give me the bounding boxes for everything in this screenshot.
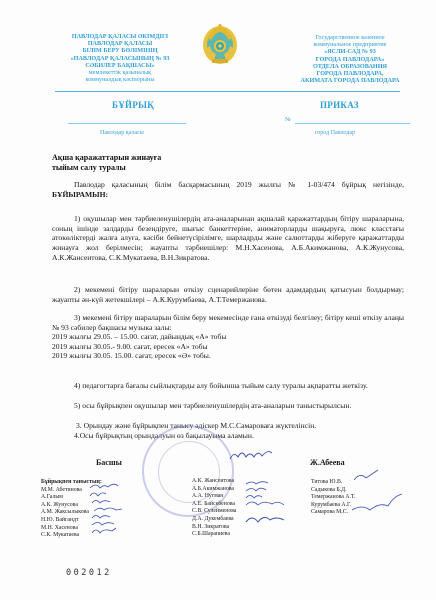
header-kz-line: коммуналдық кәсіпорыны — [55, 76, 185, 83]
header-ru-line: коммунальное предприятие — [285, 41, 415, 48]
signer-role: Басшы — [96, 458, 122, 467]
acquainted-name: С.В. Сулейменова — [192, 508, 237, 516]
acquainted-name: В.Н. Зикратова — [192, 524, 237, 532]
header-kz-line: мемлекеттік қазыналық — [55, 69, 185, 76]
item-2: 2) мекемені бітіру шараларын өткізу сцен… — [52, 285, 404, 304]
staff-signatures-b — [244, 478, 290, 530]
intro-text: Павлодар қаласының білім басқармасының 2… — [74, 180, 404, 189]
intro-paragraph: Павлодар қаласының білім басқармасының 2… — [52, 180, 404, 199]
item-6: 3. Орындау және бұйрықпен танысу әдіскер… — [52, 421, 404, 431]
header-ru-line: Государственное казенное — [285, 34, 415, 41]
serial-number: 002012 — [66, 568, 112, 578]
item-4: 4) педагогтарға бағалы сыйлықтарды алу б… — [52, 381, 404, 391]
item-7: 4.Осы бұйрықтың орындалуын өз бақылауыма… — [52, 431, 404, 441]
header-kazakh: ПАВЛОДАР ҚАЛАСЫ ӘКІМДІГІ ПАВЛОДАР ҚАЛАСЫ… — [55, 33, 185, 83]
header-kz-line: ПАВЛОДАР ҚАЛАСЫ — [55, 40, 185, 47]
closing-items: 3. Орындау және бұйрықпен танысу әдіскер… — [52, 421, 404, 440]
subject-line: Ақша қаражаттарын жинауға — [52, 153, 161, 163]
header-ru-line: «ЯСЛИ-САД № 93 — [285, 48, 415, 55]
acquainted-name: Самарова М.С. — [311, 509, 355, 517]
acquainted-name: Титова Ю.В. — [311, 479, 355, 487]
document-subject: Ақша қаражаттарын жинауға тыйым салу тур… — [52, 153, 161, 173]
item-3: 3) мекемені бітіру шараларын білім беру … — [52, 313, 404, 332]
order-number-label: № — [285, 117, 291, 123]
acquainted-name: Д.А. Дукембаева — [192, 516, 237, 524]
order-title-russian: ПРИКАЗ — [320, 100, 359, 110]
acquainted-name: С.Б.Шарапиева — [192, 531, 237, 539]
order-number-line-right — [295, 123, 410, 124]
acquainted-list-b: А.К. Жансеитова А.Б.Акимжанова А.А. Нугм… — [192, 478, 237, 539]
header-kz-line: «ПАВЛОДАР ҚАЛАСЫНЫҢ № 93 — [55, 55, 185, 62]
acquainted-list-c: Титова Ю.В. Садыкова Б.Д. Темержанова А.… — [311, 479, 355, 517]
command-word: БҰЙЫРАМЫН: — [52, 190, 108, 199]
schedule-entry: 2019 жылғы 30.05.- 9.00. сағат, ересек «… — [52, 342, 226, 352]
signer-name: Ж.Абеева — [310, 458, 345, 467]
header-kz-line: ПАВЛОДАР ҚАЛАСЫ ӘКІМДІГІ — [55, 33, 185, 40]
header-divider — [55, 91, 400, 92]
schedule-list: 2019 жылғы 29.05. – 15.00. сағат, дайынд… — [52, 332, 226, 361]
acquainted-name: А.К. Жансеитова — [192, 478, 237, 486]
acquainted-name: А.Б.Акимжанова — [192, 486, 237, 494]
acquainted-name: Курумбаева А.Г. — [311, 502, 355, 510]
schedule-entry: 2019 жылғы 30.05. 15.00. сағат, ересек «… — [52, 351, 226, 361]
header-ru-line: АКИМАТА ГОРОДА ПАВЛОДАРА — [285, 77, 415, 84]
state-emblem-icon — [202, 24, 238, 68]
acquainted-name: Садыкова Б.Д. — [311, 487, 355, 495]
city-russian: город Павлодар — [315, 130, 355, 136]
document-page: ПАВЛОДАР ҚАЛАСЫ ӘКІМДІГІ ПАВЛОДАР ҚАЛАСЫ… — [0, 0, 436, 600]
acquainted-name: Темержанова А.Т. — [311, 494, 355, 502]
staff-signatures-a — [88, 482, 128, 540]
subject-line: тыйым салу туралы — [52, 163, 161, 173]
schedule-entry: 2019 жылғы 29.05. – 15.00. сағат, дайынд… — [52, 332, 226, 342]
order-number-line-left — [68, 123, 186, 124]
staff-signatures-c — [350, 466, 410, 516]
acquainted-name: А.А. Нугман — [192, 493, 237, 501]
header-kz-line: БІЛІМ БЕРУ БӨЛІМІНІҢ — [55, 47, 185, 54]
order-title-kazakh: БҰЙРЫҚ — [112, 100, 154, 110]
header-ru-line: ОТДЕЛА ОБРАЗОВАНИЯ — [285, 63, 415, 70]
director-signature — [228, 447, 276, 463]
header-ru-line: ГОРОДА ПАВЛОДАРА, — [285, 70, 415, 77]
item-5: 5) осы бұйрықпен оқушылар мен тәрбиелену… — [52, 401, 404, 411]
city-kazakh: Павлодар қаласы — [100, 130, 144, 136]
item-1: 1) оқушылар мен тәрбиеленушілердің ата-а… — [52, 214, 404, 263]
header-russian: Государственное казенное коммунальное пр… — [285, 34, 415, 84]
header-ru-line: ГОРОДА ПАВЛОДАРА» — [285, 56, 415, 63]
header-kz-line: СӘБИЛЕР БАҚШАСЫ» — [55, 62, 185, 69]
